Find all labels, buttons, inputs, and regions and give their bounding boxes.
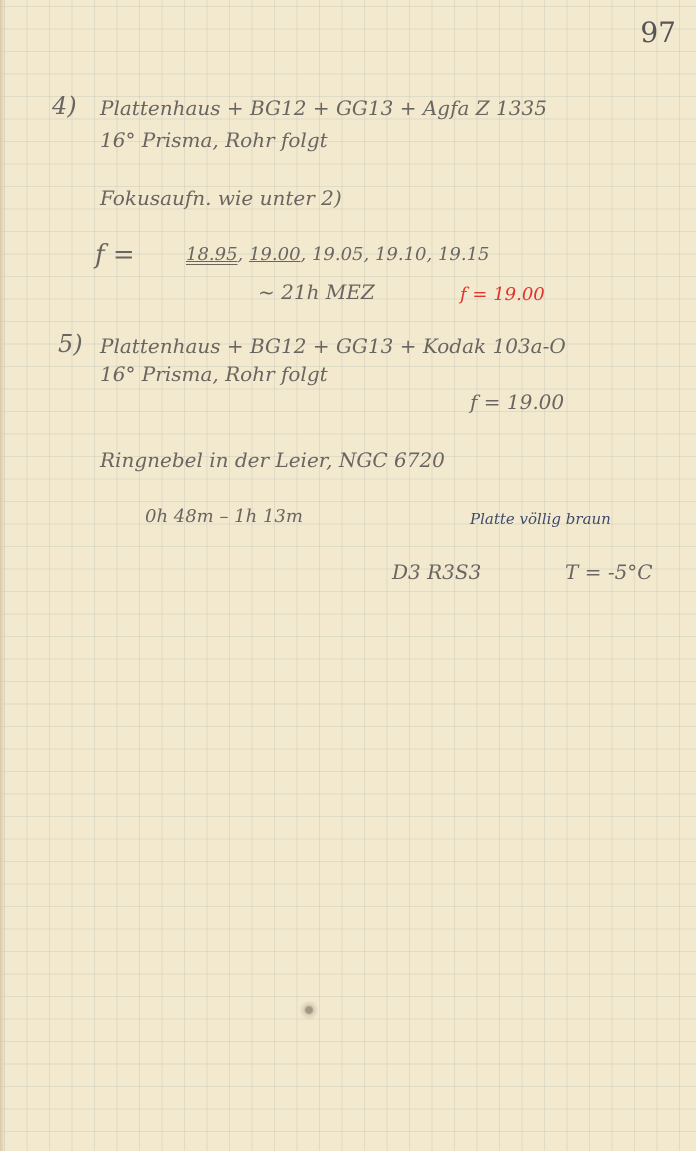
exposure-time: 0h 48m – 1h 13m [145, 506, 303, 527]
notebook-page: 97 4) Plattenhaus + BG12 + GG13 + Agfa Z… [0, 0, 696, 1151]
entry-4-label: 4) [52, 92, 77, 120]
focus-value: 19.15 [438, 244, 490, 265]
ink-smudge [296, 1000, 322, 1020]
plate-remark: Platte völlig braun [470, 510, 611, 528]
focus-label: f = [95, 240, 135, 270]
seeing-conditions: D3 R3S3 [392, 560, 481, 584]
time-note: ~ 21h MEZ [258, 280, 375, 304]
focus-result-red: f = 19.00 [460, 284, 545, 305]
entry-4-prism: 16° Prisma, Rohr folgt [100, 128, 328, 152]
entry-4-setup: Plattenhaus + BG12 + GG13 + Agfa Z 1335 [100, 96, 547, 120]
focus-value: 19.05 [312, 244, 364, 265]
focus-value: 19.00 [249, 244, 301, 265]
entry-5-focus: f = 19.00 [470, 390, 564, 414]
observed-object: Ringnebel in der Leier, NGC 6720 [100, 448, 445, 472]
temperature: T = -5°C [565, 560, 653, 584]
entry-5-prism: 16° Prisma, Rohr folgt [100, 362, 328, 386]
focus-value: 18.95 [186, 244, 238, 265]
focus-value: 19.10 [375, 244, 427, 265]
page-number: 97 [640, 16, 676, 49]
entry-4-focus-note: Fokusaufn. wie unter 2) [100, 186, 342, 210]
entry-5-label: 5) [58, 330, 83, 358]
focus-values: 18.95, 19.00, 19.05, 19.10, 19.15 [186, 244, 489, 265]
entry-5-setup: Plattenhaus + BG12 + GG13 + Kodak 103a-O [100, 334, 566, 358]
